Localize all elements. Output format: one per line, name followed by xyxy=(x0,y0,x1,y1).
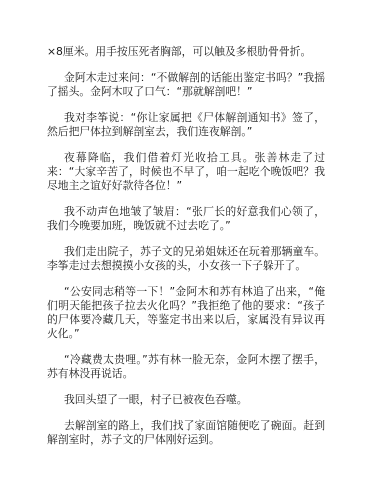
paragraph: “冷藏费太贵哩。”苏有林一脸无奈，金阿木摆了摆手，苏有林没再说话。 xyxy=(47,353,325,381)
paragraph-continuation: ×8厘米。用手按压死者胸部，可以触及多根肋骨骨折。 xyxy=(47,45,325,59)
paragraph: 我回头望了一眼，村子已被夜色吞噬。 xyxy=(47,393,325,407)
paragraph: 去解剖室的路上，我们找了家面馆随便吃了碗面。赶到解剖室时，苏子文的尸体刚好运到。 xyxy=(47,419,325,447)
paragraph: 金阿木走过来问：“不做解剖的话能出鉴定书吗？”我摇了摇头。金阿木叹了口气：“那就… xyxy=(47,71,325,99)
paragraph: 我对李筝说：“你让家属把《尸体解剖通知书》签了，然后把尸体拉到解剖室去，我们连夜… xyxy=(47,111,325,139)
paragraph: 夜幕降临，我们借着灯光收拾工具。张善林走了过来：“大家辛苦了，时候也不早了，咱一… xyxy=(47,151,325,193)
document-page: ×8厘米。用手按压死者胸部，可以触及多根肋骨骨折。 金阿木走过来问：“不做解剖的… xyxy=(47,45,325,459)
paragraph: 我们走出院子，苏子文的兄弟姐妹还在玩着那辆童车。李筝走过去想摸摸小女孩的头，小女… xyxy=(47,245,325,273)
paragraph: “公安同志稍等一下！”金阿木和苏有林追了出来，“俺们明天能把孩子拉去火化吗？”我… xyxy=(47,285,325,341)
paragraph: 我不动声色地皱了皱眉：“张厂长的好意我们心领了，我们今晚要加班，晚饭就不过去吃了… xyxy=(47,205,325,233)
